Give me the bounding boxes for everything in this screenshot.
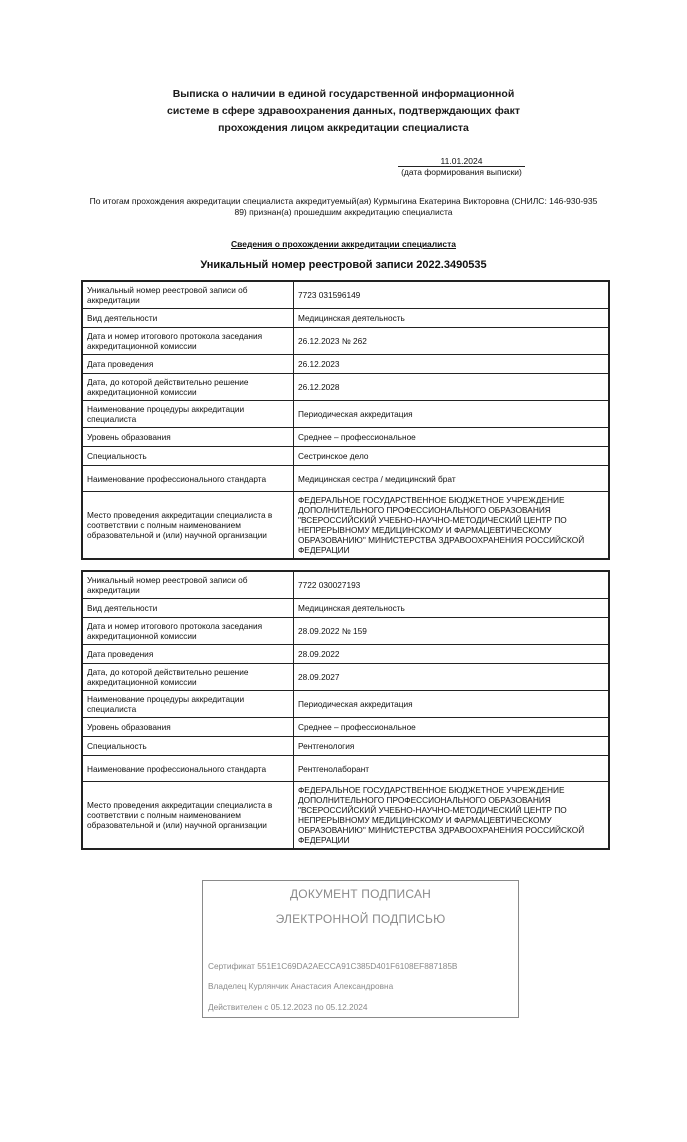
signature-owner: Владелец Курлянчик Анастасия Александров… (208, 981, 393, 991)
row-value: Рентгенология (294, 737, 610, 756)
row-value: Периодическая аккредитация (294, 401, 610, 428)
document-title: Выписка о наличии в единой государственн… (0, 86, 687, 137)
document-title-line: прохождения лицом аккредитации специалис… (0, 120, 687, 137)
row-value: 7723 031596149 (294, 281, 610, 309)
table-row: Дата, до которой действительно решение а… (82, 664, 609, 691)
table-row: СпециальностьРентгенология (82, 737, 609, 756)
row-value: Среднее – профессиональное (294, 428, 610, 447)
signature-certificate: Сертификат 551E1C69DA2AECCA91C385D401F61… (208, 961, 457, 971)
document-title-line: Выписка о наличии в единой государственн… (0, 86, 687, 103)
table-row: Уровень образованияСреднее – профессиона… (82, 428, 609, 447)
row-label: Место проведения аккредитации специалист… (82, 782, 294, 850)
row-value: 28.09.2022 (294, 645, 610, 664)
intro-line: По итогам прохождения аккредитации специ… (60, 196, 627, 207)
row-label: Уровень образования (82, 428, 294, 447)
table-row: Дата и номер итогового протокола заседан… (82, 618, 609, 645)
table-row: Уникальный номер реестровой записи об ак… (82, 281, 609, 309)
row-label: Уникальный номер реестровой записи об ак… (82, 281, 294, 309)
issue-date-value: 11.01.2024 (398, 156, 525, 167)
row-label: Вид деятельности (82, 309, 294, 328)
row-value: 7722 030027193 (294, 571, 610, 599)
accreditation-table: Уникальный номер реестровой записи об ак… (81, 280, 610, 560)
table-row: Наименование процедуры аккредитации спец… (82, 401, 609, 428)
row-value: ФЕДЕРАЛЬНОЕ ГОСУДАРСТВЕННОЕ БЮДЖЕТНОЕ УЧ… (294, 782, 610, 850)
issue-date-block: 11.01.2024 (дата формирования выписки) (398, 156, 525, 178)
table-row: Дата проведения26.12.2023 (82, 355, 609, 374)
table-row: Дата и номер итогового протокола заседан… (82, 328, 609, 355)
row-value: Рентгенолаборант (294, 756, 610, 782)
table-row: СпециальностьСестринское дело (82, 447, 609, 466)
row-label: Наименование профессионального стандарта (82, 756, 294, 782)
row-label: Дата проведения (82, 645, 294, 664)
document-title-line: системе в сфере здравоохранения данных, … (0, 103, 687, 120)
row-label: Наименование процедуры аккредитации спец… (82, 401, 294, 428)
row-label: Уровень образования (82, 718, 294, 737)
electronic-signature-stamp: ДОКУМЕНТ ПОДПИСАН ЭЛЕКТРОННОЙ ПОДПИСЬЮ С… (202, 880, 519, 1018)
row-value: 26.12.2028 (294, 374, 610, 401)
table-row: Вид деятельностиМедицинская деятельность (82, 599, 609, 618)
intro-line: 89) признан(а) прошедшим аккредитацию сп… (60, 207, 627, 218)
row-value: 26.12.2023 № 262 (294, 328, 610, 355)
table-row: Дата, до которой действительно решение а… (82, 374, 609, 401)
row-value: Медицинская сестра / медицинский брат (294, 466, 610, 492)
row-value: Периодическая аккредитация (294, 691, 610, 718)
row-value: 28.09.2022 № 159 (294, 618, 610, 645)
accreditation-table: Уникальный номер реестровой записи об ак… (81, 570, 610, 850)
table-row: Наименование процедуры аккредитации спец… (82, 691, 609, 718)
signature-validity: Действителен с 05.12.2023 по 05.12.2024 (208, 1002, 367, 1012)
table-row: Вид деятельностиМедицинская деятельность (82, 309, 609, 328)
row-value: Медицинская деятельность (294, 599, 610, 618)
row-label: Дата и номер итогового протокола заседан… (82, 328, 294, 355)
registry-number-heading: Уникальный номер реестровой записи 2022.… (0, 259, 687, 271)
row-value: ФЕДЕРАЛЬНОЕ ГОСУДАРСТВЕННОЕ БЮДЖЕТНОЕ УЧ… (294, 492, 610, 560)
row-value: Сестринское дело (294, 447, 610, 466)
table-row: Наименование профессионального стандарта… (82, 756, 609, 782)
table-row: Наименование профессионального стандарта… (82, 466, 609, 492)
table-row: Уникальный номер реестровой записи об ак… (82, 571, 609, 599)
row-value: Среднее – профессиональное (294, 718, 610, 737)
row-label: Наименование профессионального стандарта (82, 466, 294, 492)
row-label: Специальность (82, 447, 294, 466)
row-label: Дата и номер итогового протокола заседан… (82, 618, 294, 645)
row-label: Дата проведения (82, 355, 294, 374)
section-heading: Сведения о прохождении аккредитации спец… (0, 239, 687, 249)
row-label: Место проведения аккредитации специалист… (82, 492, 294, 560)
table-row: Место проведения аккредитации специалист… (82, 492, 609, 560)
row-label: Вид деятельности (82, 599, 294, 618)
row-value: Медицинская деятельность (294, 309, 610, 328)
table-row: Уровень образованияСреднее – профессиона… (82, 718, 609, 737)
row-label: Уникальный номер реестровой записи об ак… (82, 571, 294, 599)
row-label: Дата, до которой действительно решение а… (82, 374, 294, 401)
row-value: 28.09.2027 (294, 664, 610, 691)
row-value: 26.12.2023 (294, 355, 610, 374)
row-label: Специальность (82, 737, 294, 756)
intro-statement: По итогам прохождения аккредитации специ… (60, 196, 627, 217)
table-row: Место проведения аккредитации специалист… (82, 782, 609, 850)
row-label: Дата, до которой действительно решение а… (82, 664, 294, 691)
signature-title-line: ЭЛЕКТРОННОЙ ПОДПИСЬЮ (203, 912, 518, 926)
row-label: Наименование процедуры аккредитации спец… (82, 691, 294, 718)
signature-title-line: ДОКУМЕНТ ПОДПИСАН (203, 887, 518, 901)
table-row: Дата проведения28.09.2022 (82, 645, 609, 664)
issue-date-caption: (дата формирования выписки) (398, 167, 525, 178)
